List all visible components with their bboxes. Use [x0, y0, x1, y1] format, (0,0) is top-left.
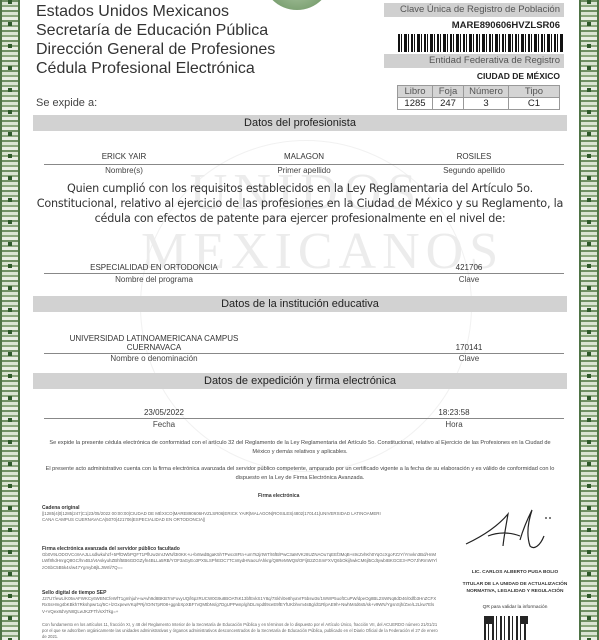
- decorative-border-right: [579, 0, 599, 640]
- segundo-apellido-value: ROSILES: [414, 152, 534, 161]
- nombre-value: ERICK YAIR: [74, 152, 174, 161]
- section-institucion-title: Datos de la institución educativa: [33, 296, 567, 312]
- hora-label: Hora: [404, 420, 504, 429]
- signatory-name: LIC. CARLOS ALBERTO PUGA BOLIO: [445, 570, 585, 575]
- signatory-title-line2: NORMATIVA, LEGALIDAD Y REGULACIÓN: [445, 589, 585, 594]
- expedicion-divider: [44, 418, 564, 419]
- curp-barcode: [398, 34, 564, 52]
- registry-header-tipo: Tipo: [509, 86, 560, 98]
- segundo-apellido-label: Segundo apellido: [414, 166, 534, 175]
- programa-clave-value: 421706: [434, 263, 504, 272]
- cadena-original-text: ||1285|4|0|1285|247|C1|23/05/2022 00:00:…: [42, 511, 382, 524]
- section-expedicion-title: Datos de expedición y firma electrónica: [33, 373, 567, 389]
- nombre-label: Nombre(s): [74, 166, 174, 175]
- profesionista-divider: [44, 164, 564, 165]
- se-expide-label: Se expide a:: [36, 97, 97, 109]
- registry-info: Clave Única de Registro de Población MAR…: [384, 0, 564, 110]
- institucion-nombre-label: Nombre o denominación: [44, 354, 264, 363]
- registry-value-foja: 247: [433, 98, 464, 110]
- document-header: Estados Unidos Mexicanos Secretaría de E…: [36, 2, 275, 78]
- programa-divider: [44, 273, 564, 274]
- statement-text: Quien cumplió con los requisitos estable…: [30, 181, 570, 226]
- registry-value-tipo: C1: [509, 98, 560, 110]
- firma-avanzada-text: Gb0V9LODOVCc8AAJLLsdlwkuhzf+5PfDWbPQFT1P…: [42, 552, 437, 571]
- header-line-ministry: Secretaría de Educación Pública: [36, 21, 275, 40]
- firma-electronica-title: Firma electrónica: [258, 493, 299, 499]
- qr-label: QR para validar la información: [445, 605, 585, 610]
- registry-header-libro: Libro: [398, 86, 433, 98]
- qr-code-icon[interactable]: [484, 616, 528, 640]
- institucion-nombre-line1: UNIVERSIDAD LATINOAMERICANA CAMPUS: [44, 334, 264, 343]
- institucion-clave-value: 170141: [434, 343, 504, 352]
- registry-header-numero: Número: [464, 86, 509, 98]
- curp-value: MARE890606HVZLSR06: [384, 17, 564, 33]
- curp-label: Clave Única de Registro de Población: [384, 3, 564, 17]
- header-line-country: Estados Unidos Mexicanos: [36, 2, 275, 21]
- primer-apellido-value: MALAGON: [244, 152, 364, 161]
- signatory-title-line1: TITULAR DE LA UNIDAD DE ACTUALIZACIÓN: [445, 582, 585, 587]
- institucion-nombre-line2: CUERNAVACA: [44, 343, 264, 352]
- legal-paragraph-1: Se expide la presente cédula electrónica…: [40, 439, 560, 456]
- programa-clave-label: Clave: [434, 275, 504, 284]
- entidad-label: Entidad Federativa de Registro: [384, 54, 564, 68]
- institucion-clave-label: Clave: [434, 354, 504, 363]
- fecha-value: 23/05/2022: [114, 408, 214, 417]
- hora-value: 18:23:58: [404, 408, 504, 417]
- programa-nombre-value: ESPECIALIDAD EN ORTODONCIA: [64, 263, 244, 272]
- registry-table: Libro Foja Número Tipo 1285 247 3 C1: [397, 85, 560, 110]
- fundamento-legal-text: Con fundamento en los artículos 11, frac…: [42, 622, 442, 639]
- decorative-border-left: [0, 0, 20, 640]
- legal-paragraph-2: El presente acto administrativo cuenta c…: [40, 465, 560, 482]
- handwritten-signature-icon: [458, 506, 558, 551]
- registry-table-header: Libro Foja Número Tipo: [398, 86, 560, 98]
- entidad-value: CIUDAD DE MÉXICO: [384, 68, 564, 83]
- registry-table-row: 1285 247 3 C1: [398, 98, 560, 110]
- registry-header-foja: Foja: [433, 86, 464, 98]
- section-profesionista-title: Datos del profesionista: [33, 115, 567, 131]
- header-line-document-type: Cédula Profesional Electrónica: [36, 59, 275, 78]
- header-line-directorate: Dirección General de Profesiones: [36, 40, 275, 59]
- registry-value-libro: 1285: [398, 98, 433, 110]
- programa-nombre-label: Nombre del programa: [64, 275, 244, 284]
- primer-apellido-label: Primer apellido: [244, 166, 364, 175]
- fecha-label: Fecha: [114, 420, 214, 429]
- sello-digital-text: J27U7/ewL/K05vAFWKCy6WBNCfeWfT1gmhjuh+wA…: [42, 596, 437, 615]
- registry-value-numero: 3: [464, 98, 509, 110]
